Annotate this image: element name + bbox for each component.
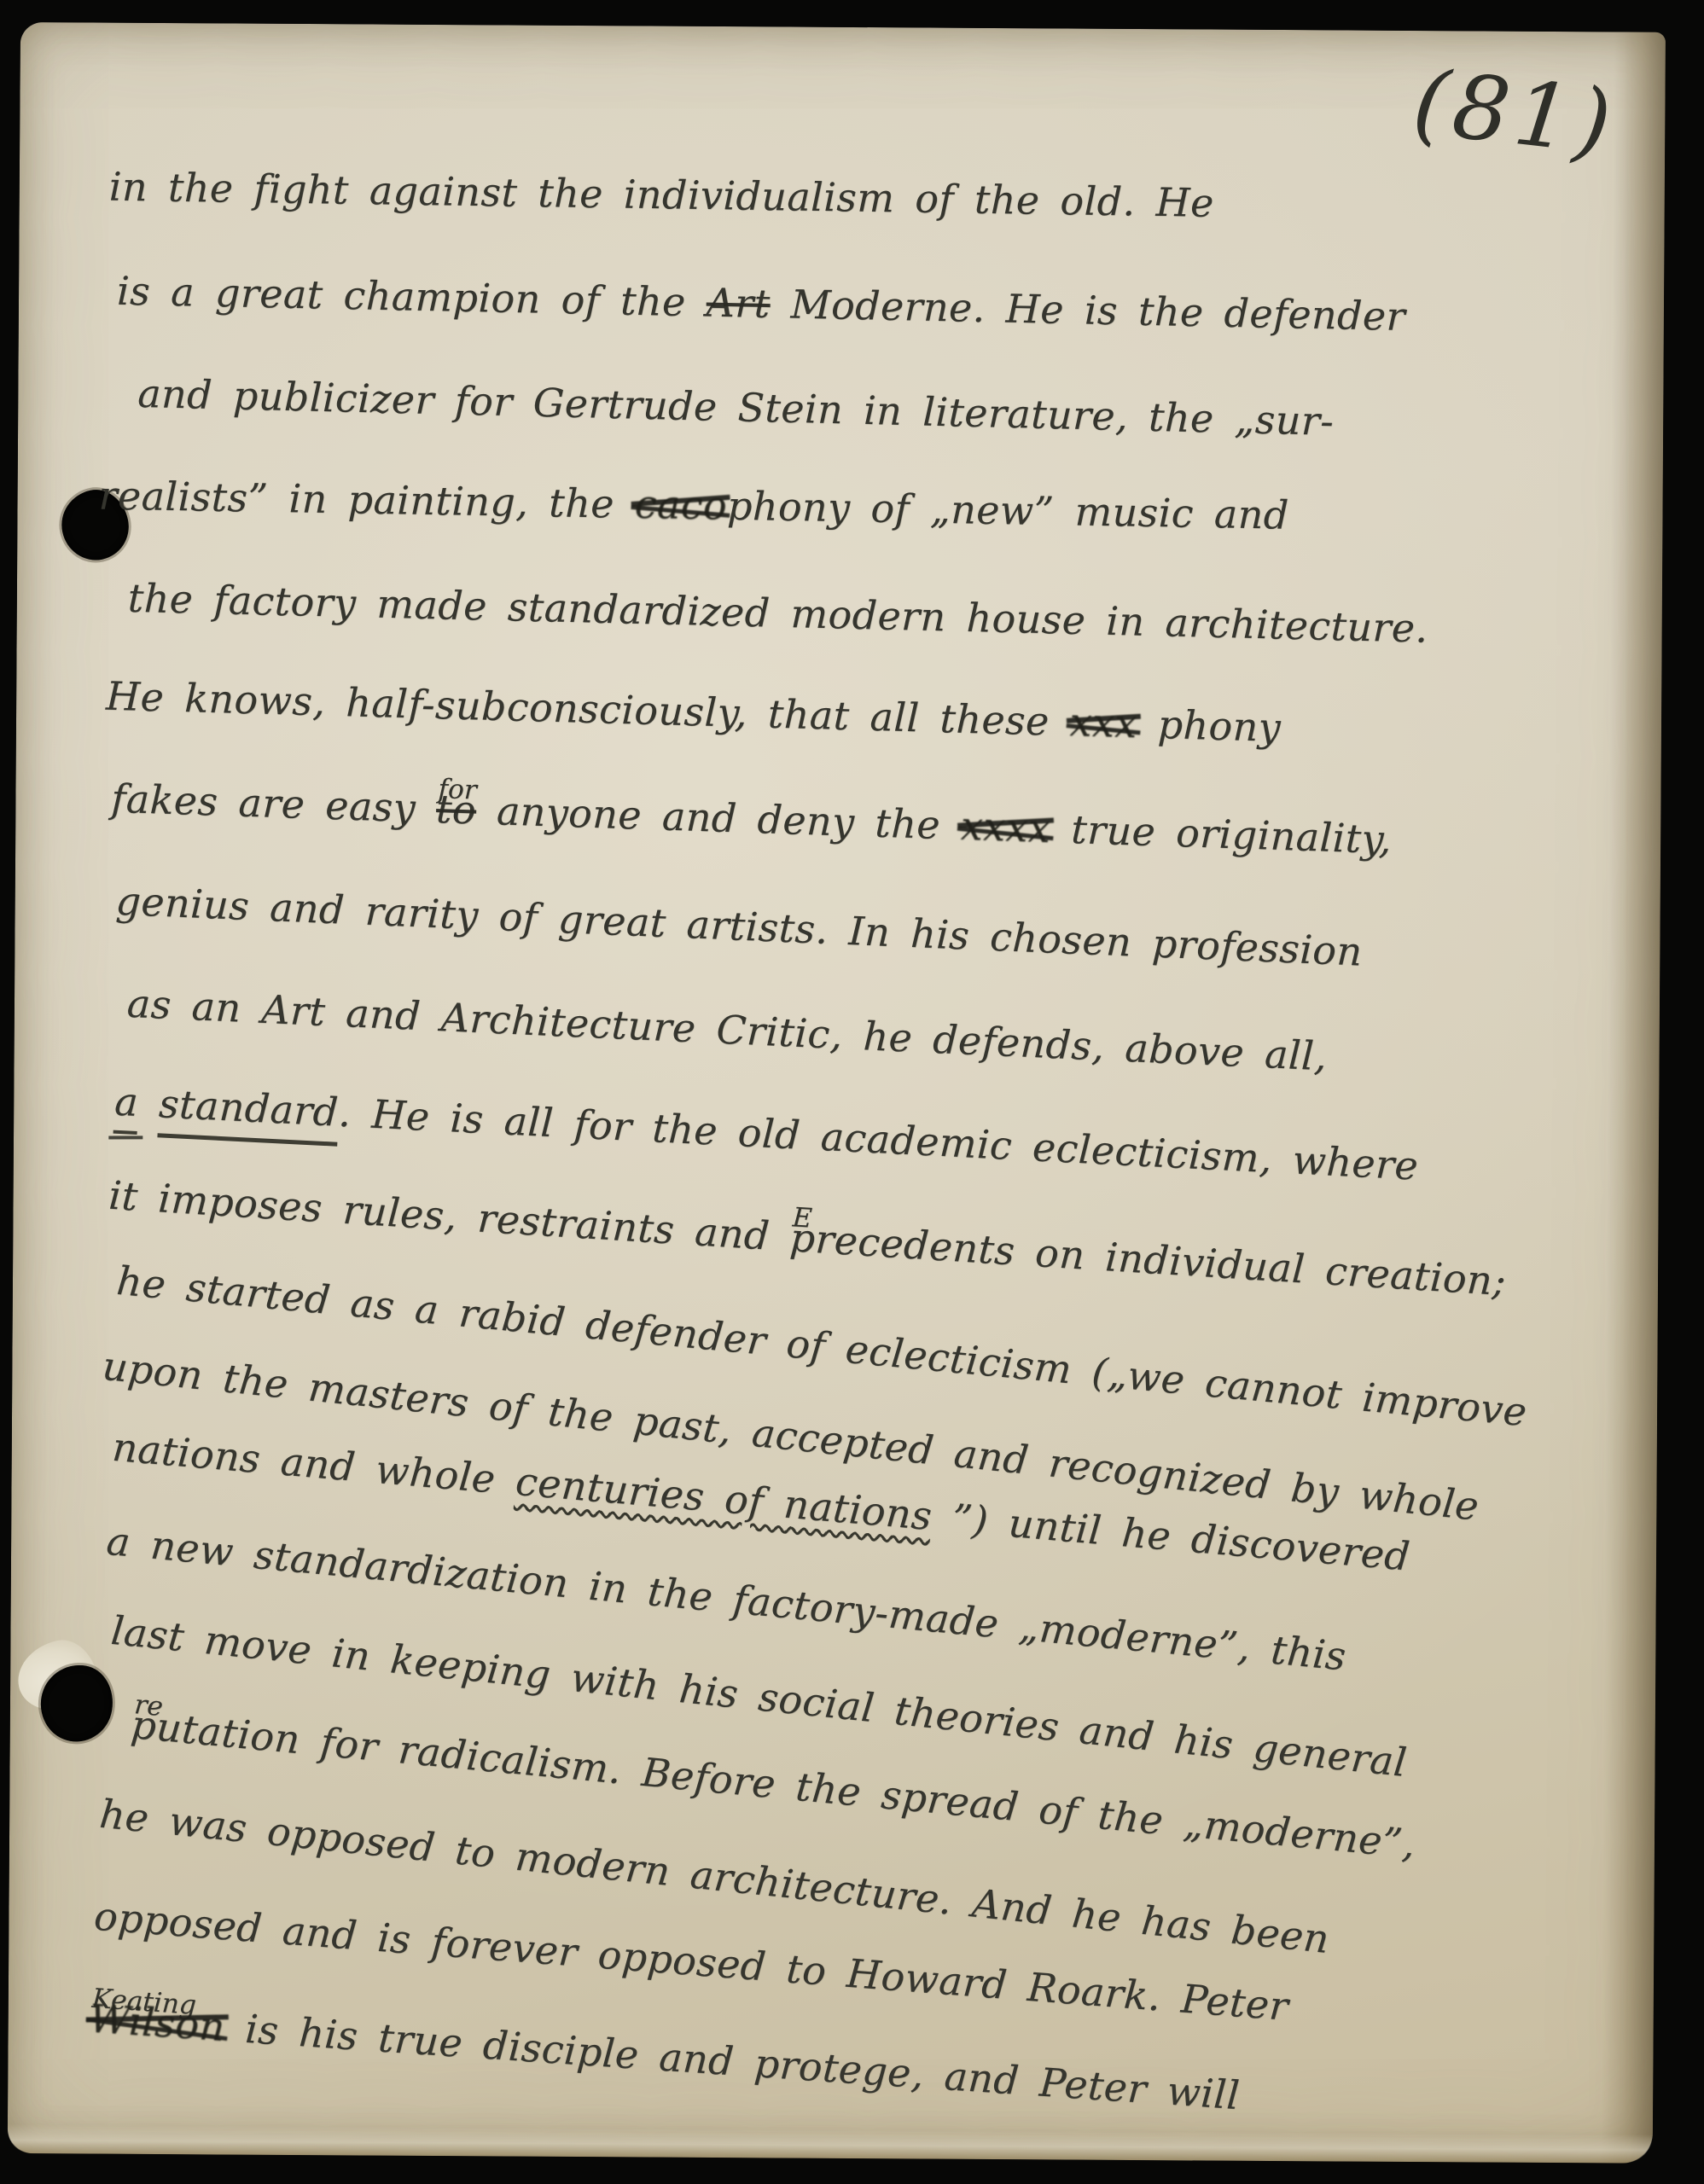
- manuscript-line-3: and publicizer for Gertrude Stein in lit…: [137, 366, 1335, 449]
- text-segment: a: [113, 1074, 140, 1135]
- text-segment: is his true disciple and protege, and Pe…: [224, 2004, 1242, 2118]
- text-segment: realists” in painting, the: [98, 473, 635, 527]
- text-segment: genius and rarity of great artists. In h…: [115, 878, 1364, 975]
- text-segment: precedents: [788, 1214, 1016, 1274]
- text-segment: anyone and deny the: [475, 787, 962, 848]
- text-segment: on individual creation;: [1014, 1228, 1508, 1305]
- text-segment: the factory made standardized modern hou…: [127, 575, 1428, 652]
- text-segment: He knows, half-subconsciously, that all …: [105, 673, 1070, 746]
- text-segment: fakes are easy: [111, 775, 437, 832]
- text-segment: and publicizer for Gertrude Stein in lit…: [137, 370, 1335, 444]
- text-segment: in the fight against the individualism o…: [108, 164, 1214, 226]
- text-segment: . He is all for the old academic eclecti…: [337, 1089, 1419, 1189]
- manuscript-line-1: in the fight against the individualism o…: [108, 160, 1214, 230]
- manuscript-line-7: fakes are easy forto anyone and deny the…: [110, 771, 1393, 867]
- manuscript-line-9: as an Art and Architecture Critic, he de…: [126, 976, 1329, 1084]
- text-segment: nations and whole: [111, 1424, 518, 1504]
- manuscript-line-4: realists” in painting, the cacophony of …: [98, 468, 1289, 543]
- manuscript-line-8: genius and rarity of great artists. In h…: [114, 874, 1363, 979]
- text-segment: true originality,: [1050, 805, 1392, 863]
- manuscript-page: (81) in the fight against the individual…: [8, 22, 1666, 2164]
- inserted-word-above: E: [791, 1191, 814, 1246]
- text-segment: it imposes rules, restraints and: [108, 1172, 792, 1260]
- manuscript-text: in the fight against the individualism o…: [8, 22, 1666, 2164]
- manuscript-line-2: is a great champion of the Art Moderne. …: [116, 264, 1405, 344]
- manuscript-line-6: He knows, half-subconsciously, that all …: [105, 669, 1282, 755]
- corrected-word: Eprecedents: [788, 1210, 1016, 1278]
- corrected-word: forto: [435, 781, 477, 837]
- corrected-word: KeatingWilson: [88, 1991, 227, 2055]
- text-segment: xxx: [1069, 694, 1138, 751]
- manuscript-line-5: the factory made standardized modern hou…: [127, 571, 1428, 656]
- text-segment: phony of „new” music and: [727, 483, 1289, 538]
- text-segment: Moderne. He is the defender: [770, 281, 1405, 340]
- text-segment: standard: [157, 1076, 340, 1146]
- text-segment: as an Art and Architecture Critic, he de…: [126, 980, 1329, 1080]
- inserted-word-above: for: [437, 763, 477, 818]
- text-segment: Art: [706, 280, 771, 327]
- scan-black-border: (81) in the fight against the individual…: [0, 0, 1704, 2184]
- text-segment: [137, 1079, 160, 1126]
- text-segment: xxxx: [960, 799, 1051, 856]
- text-segment: caco: [634, 477, 727, 533]
- text-segment: Wilson: [88, 1991, 227, 2055]
- inserted-word-above: re: [131, 1678, 165, 1735]
- text-segment: phony: [1137, 700, 1282, 751]
- text-segment: is a great champion of the: [117, 268, 707, 326]
